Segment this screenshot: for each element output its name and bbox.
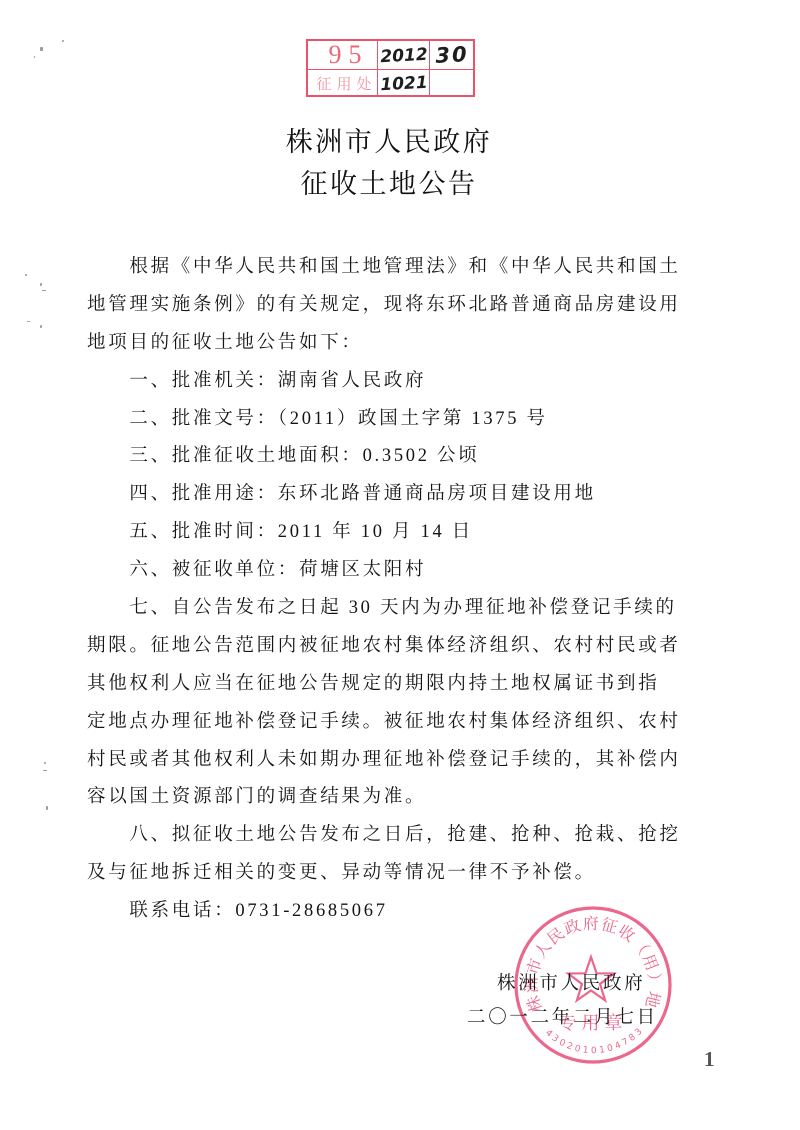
list-item-approval-document-number: 二、批准文号：（2011）政国土字第 1375 号 <box>87 401 707 439</box>
registration-number: 95 <box>308 41 383 69</box>
document-page: 95 2012 30 征用处 1021 株洲市人民政府 征收土地公告 根据《中华… <box>0 0 800 1130</box>
item-7-paragraph: 七、自公告发布之日起 30 天内为办理征地补偿登记手续的 期限。征地公告范围内被… <box>87 590 707 817</box>
contact-phone: 联系电话：0731-28685067 <box>87 893 707 931</box>
paragraph-line: 地项目的征收土地公告如下： <box>87 325 707 363</box>
paragraph-line: 其他权利人应当在征地公告规定的期限内持土地权属证书到指 <box>87 666 707 704</box>
item-8-paragraph: 八、拟征收土地公告发布之日后，抢建、抢种、抢栽、抢挖 及与征地拆迁相关的变更、异… <box>87 817 707 893</box>
paragraph-line: 期限。征地公告范围内被征地农村集体经济组织、农村村民或者 <box>87 628 707 666</box>
list-item-land-area: 三、批准征收土地面积：0.3502 公顷 <box>87 438 707 476</box>
scan-speck <box>40 325 42 328</box>
registration-stamp-box: 95 2012 30 征用处 1021 <box>306 39 475 97</box>
list-item-expropriated-unit: 六、被征收单位：荷塘区太阳村 <box>87 552 707 590</box>
scan-speck <box>62 40 64 42</box>
paragraph-line: 定地点办理征地补偿登记手续。被征地农村集体经济组织、农村 <box>87 704 707 742</box>
document-body: 根据《中华人民共和国土地管理法》和《中华人民共和国土 地管理实施条例》的有关规定… <box>87 249 707 931</box>
scan-speck <box>40 47 43 51</box>
paragraph-line: 地管理实施条例》的有关规定，现将东环北路普通商品房建设用 <box>87 287 707 325</box>
registration-office-label: 征用处 <box>308 71 381 95</box>
registration-count-handwritten: 30 <box>430 40 473 69</box>
list-item-approval-authority: 一、批准机关：湖南省人民政府 <box>87 363 707 401</box>
scan-speck <box>25 274 27 276</box>
scan-speck <box>44 762 46 764</box>
paragraph-line: 七、自公告发布之日起 30 天内为办理征地补偿登记手续的 <box>87 590 707 628</box>
signature-date: 二〇一二年二月七日 <box>467 999 658 1037</box>
scan-speck <box>43 770 47 771</box>
approval-items-list: 一、批准机关：湖南省人民政府 二、批准文号：（2011）政国土字第 1375 号… <box>87 363 707 590</box>
scan-speck <box>40 283 42 286</box>
paragraph-line: 八、拟征收土地公告发布之日后，抢建、抢种、抢栽、抢挖 <box>87 817 707 855</box>
paragraph-line: 村民或者其他权利人未如期办理征地补偿登记手续的，其补偿内 <box>87 742 707 780</box>
signature-organization: 株洲市人民政府 <box>497 965 645 1003</box>
registration-serial-handwritten: 1021 <box>378 70 429 98</box>
intro-paragraph: 根据《中华人民共和国土地管理法》和《中华人民共和国土 地管理实施条例》的有关规定… <box>87 249 707 363</box>
registration-year-handwritten: 2012 <box>378 41 429 71</box>
scan-speck <box>46 806 48 810</box>
list-item-approval-date: 五、批准时间：2011 年 10 月 14 日 <box>87 514 707 552</box>
scan-speck <box>27 321 30 322</box>
document-title: 株洲市人民政府 征收土地公告 <box>0 122 778 206</box>
scan-speck <box>34 56 35 58</box>
paragraph-line: 容以国土资源部门的调查结果为准。 <box>87 779 707 817</box>
title-issuer: 株洲市人民政府 <box>0 122 778 164</box>
paragraph-line: 根据《中华人民共和国土地管理法》和《中华人民共和国土 <box>87 249 707 287</box>
paragraph-line: 及与征地拆迁相关的变更、异动等情况一律不予补偿。 <box>87 855 707 893</box>
scan-speck <box>42 290 46 291</box>
title-subject: 征收土地公告 <box>0 164 778 206</box>
page-number: 1 <box>704 1047 715 1072</box>
registration-empty-cell <box>431 71 473 95</box>
list-item-land-use: 四、批准用途：东环北路普通商品房项目建设用地 <box>87 476 707 514</box>
